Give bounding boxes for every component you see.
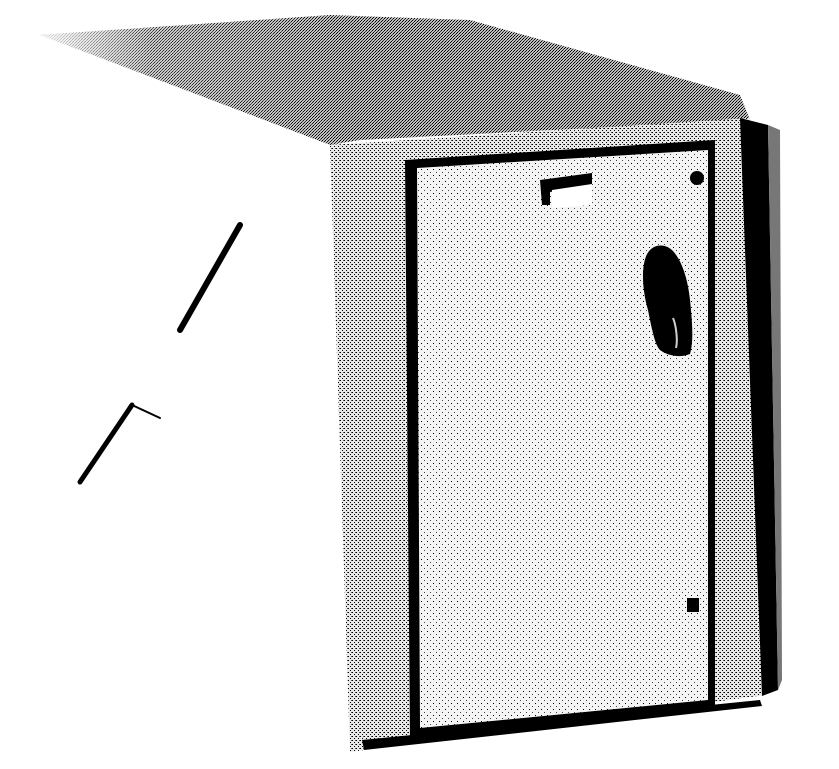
cabinet-photo [0,0,839,769]
door-hinge-dot [690,171,704,185]
cabinet-door [405,140,715,740]
door-bottom-dot [687,598,699,612]
cabinet-side-panel [40,35,340,745]
cabinet-illustration [0,0,839,769]
